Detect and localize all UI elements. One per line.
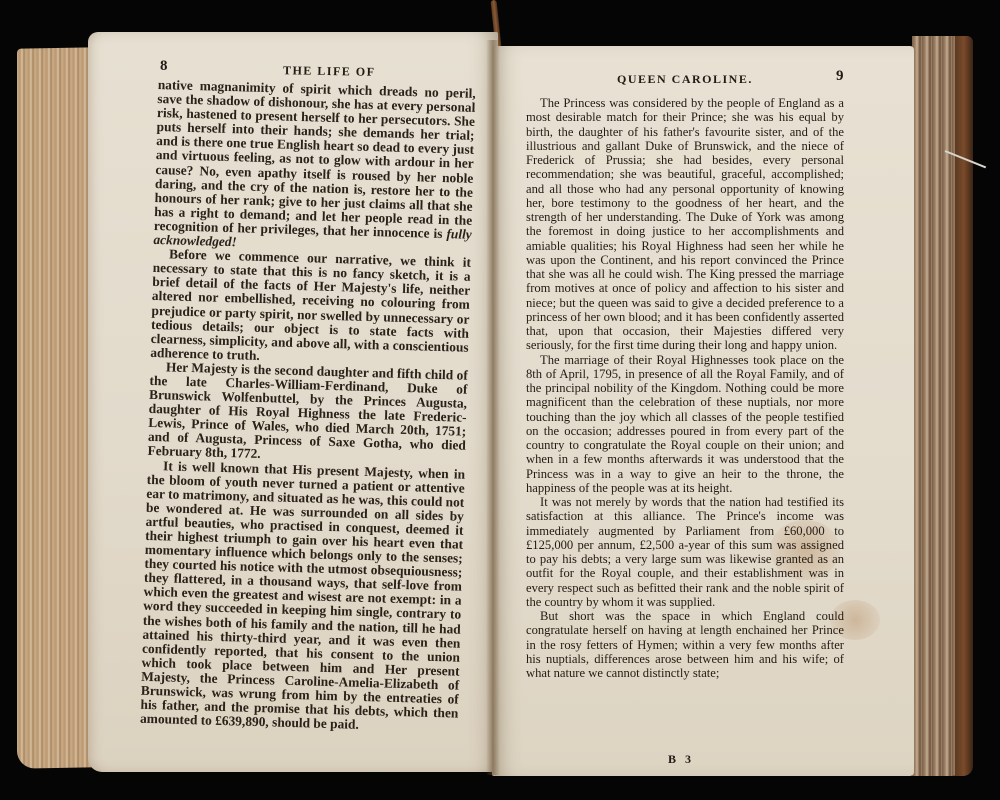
signature-mark: B 3 (668, 752, 694, 767)
book-gutter (486, 40, 500, 775)
paragraph: But short was the space in which England… (526, 609, 844, 680)
open-book: 8 THE LIFE OF native magnanimity of spir… (0, 0, 1000, 800)
paragraph: The marriage of their Royal Highnesses t… (526, 353, 844, 496)
right-page-number: 9 (836, 68, 844, 85)
left-page-edges (17, 47, 97, 768)
paragraph: It was not merely by words that the nati… (526, 495, 844, 609)
paragraph: native magnanimity of spirit which dread… (153, 78, 476, 256)
paragraph: Before we commence our narrative, we thi… (150, 247, 471, 369)
right-page-body: The Princess was considered by the peopl… (526, 96, 844, 680)
paragraph: It is well known that His present Majest… (140, 458, 465, 735)
leather-cover-edge (955, 36, 973, 776)
left-page-body: native magnanimity of spirit which dread… (140, 78, 476, 735)
left-page-number: 8 (160, 58, 168, 75)
paragraph: The Princess was considered by the peopl… (526, 96, 844, 353)
paragraph: Her Majesty is the second daughter and f… (147, 360, 468, 467)
left-running-head: THE LIFE OF (283, 63, 376, 80)
right-running-head: QUEEN CAROLINE. (617, 72, 753, 87)
